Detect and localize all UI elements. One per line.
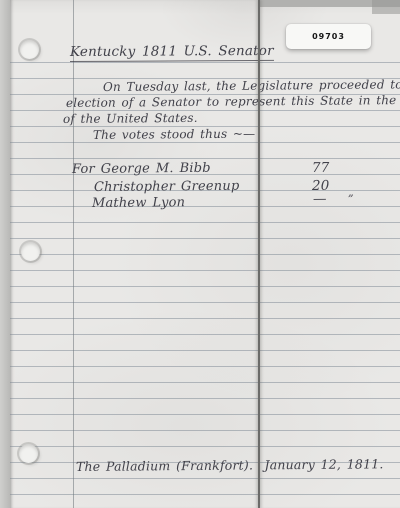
scan-corner-shadow <box>372 0 400 14</box>
scanned-document: 09703 Kentucky 1811 U.S. Senator On Tues… <box>0 0 400 508</box>
loose-leaf-page: 09703 Kentucky 1811 U.S. Senator On Tues… <box>10 0 400 508</box>
hole-punch-middle <box>21 242 40 261</box>
vote-value-lyon: — <box>313 192 327 207</box>
vote-name-lyon: Mathew Lyon <box>92 195 185 211</box>
hole-punch-top <box>20 40 39 59</box>
scanner-bed <box>0 0 10 508</box>
vote-value-bibb: 77 <box>312 161 330 176</box>
ditto-mark: „ <box>348 185 354 200</box>
title-line: Kentucky 1811 U.S. Senator <box>70 44 274 62</box>
hole-punch-bottom <box>19 444 38 463</box>
vote-name-greenup: Christopher Greenup <box>94 179 240 195</box>
catalog-number: 09703 <box>312 32 345 41</box>
margin-rule <box>73 0 74 508</box>
page-crease <box>258 0 260 508</box>
vote-name-bibb: For George M. Bibb <box>72 161 211 177</box>
citation-line: The Palladium (Frankfort). January 12, 1… <box>76 456 384 474</box>
body-line-4: The votes stood thus ~— <box>93 127 256 143</box>
body-line-1: On Tuesday last, the Legislature proceed… <box>103 77 400 95</box>
catalog-number-label: 09703 <box>286 24 371 49</box>
body-line-3: of the United States. <box>63 111 198 127</box>
body-line-2: election of a Senator to represent this … <box>66 93 400 111</box>
